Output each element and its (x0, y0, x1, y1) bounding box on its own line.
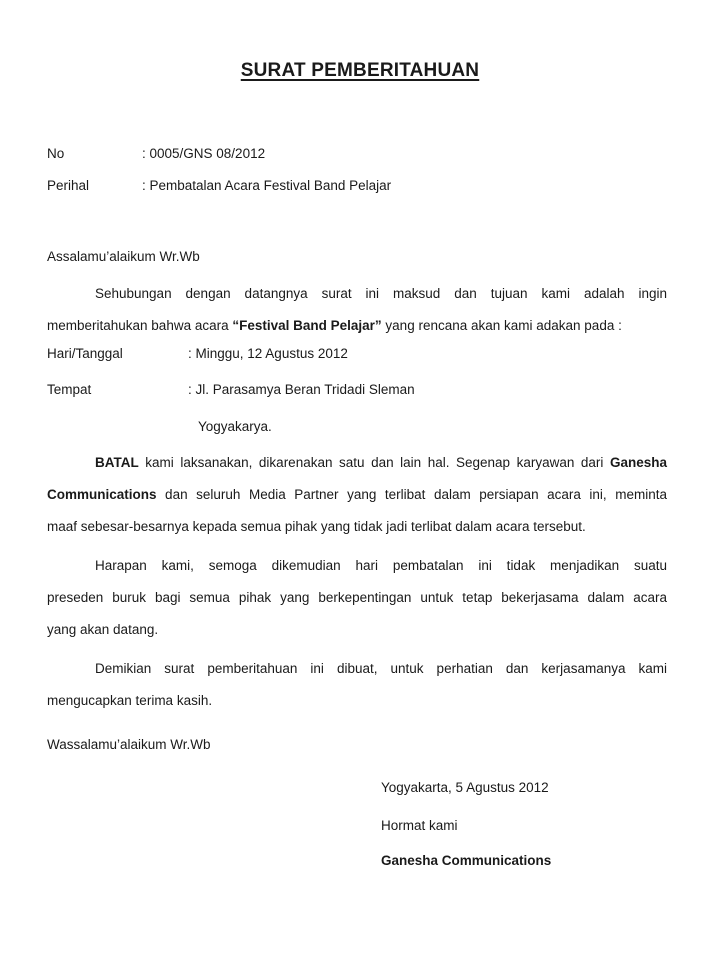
signature-sender: Ganesha Communications (381, 853, 551, 868)
field-label-no: No (47, 146, 64, 161)
closing-line-1: Demikian surat pemberitahuan ini dibuat,… (95, 661, 667, 676)
batal-line-2: Communications dan seluruh Media Partner… (47, 487, 667, 502)
harapan-line-2: preseden buruk bagi semua pihak yang ber… (47, 590, 667, 605)
letter-page: SURAT PEMBERITAHUAN No : 0005/GNS 08/201… (0, 0, 720, 980)
field-value-no: : 0005/GNS 08/2012 (142, 146, 265, 161)
letter-title: SURAT PEMBERITAHUAN (0, 60, 720, 82)
event-name: “Festival Band Pelajar” (232, 318, 381, 333)
signature-regards: Hormat kami (381, 818, 458, 833)
company-name-part2: Communications (47, 487, 157, 502)
field-label-date: Hari/Tanggal (47, 346, 123, 361)
letter-title-text: SURAT PEMBERITAHUAN (241, 60, 479, 81)
company-name-part1: Ganesha (610, 455, 667, 470)
field-value-place-cont: Yogyakarya. (198, 419, 272, 434)
harapan-line-1: Harapan kami, semoga dikemudian hari pem… (95, 558, 667, 573)
intro-text: memberitahukan bahwa acara (47, 318, 232, 333)
field-value-date: : Minggu, 12 Agustus 2012 (188, 346, 348, 361)
closing-line-2: mengucapkan terima kasih. (47, 693, 212, 708)
batal-word: BATAL (95, 455, 139, 470)
field-value-place: : Jl. Parasamya Beran Tridadi Sleman (188, 382, 415, 397)
greeting: Assalamu’alaikum Wr.Wb (47, 249, 200, 264)
batal-text: kami laksanakan, dikarenakan satu dan la… (139, 455, 610, 470)
harapan-line-3: yang akan datang. (47, 622, 158, 637)
field-label-place: Tempat (47, 382, 91, 397)
batal-line-3: maaf sebesar-besarnya kepada semua pihak… (47, 519, 586, 534)
field-value-perihal: : Pembatalan Acara Festival Band Pelajar (142, 178, 391, 193)
farewell: Wassalamu’alaikum Wr.Wb (47, 737, 211, 752)
batal-text-2: dan seluruh Media Partner yang terlibat … (157, 487, 667, 502)
intro-line-2: memberitahukan bahwa acara “Festival Ban… (47, 318, 622, 333)
intro-text-end: yang rencana akan kami adakan pada : (382, 318, 622, 333)
signature-place-date: Yogyakarta, 5 Agustus 2012 (381, 780, 549, 795)
batal-line-1: BATAL kami laksanakan, dikarenakan satu … (95, 455, 667, 470)
intro-line-1: Sehubungan dengan datangnya surat ini ma… (95, 286, 667, 301)
field-label-perihal: Perihal (47, 178, 89, 193)
